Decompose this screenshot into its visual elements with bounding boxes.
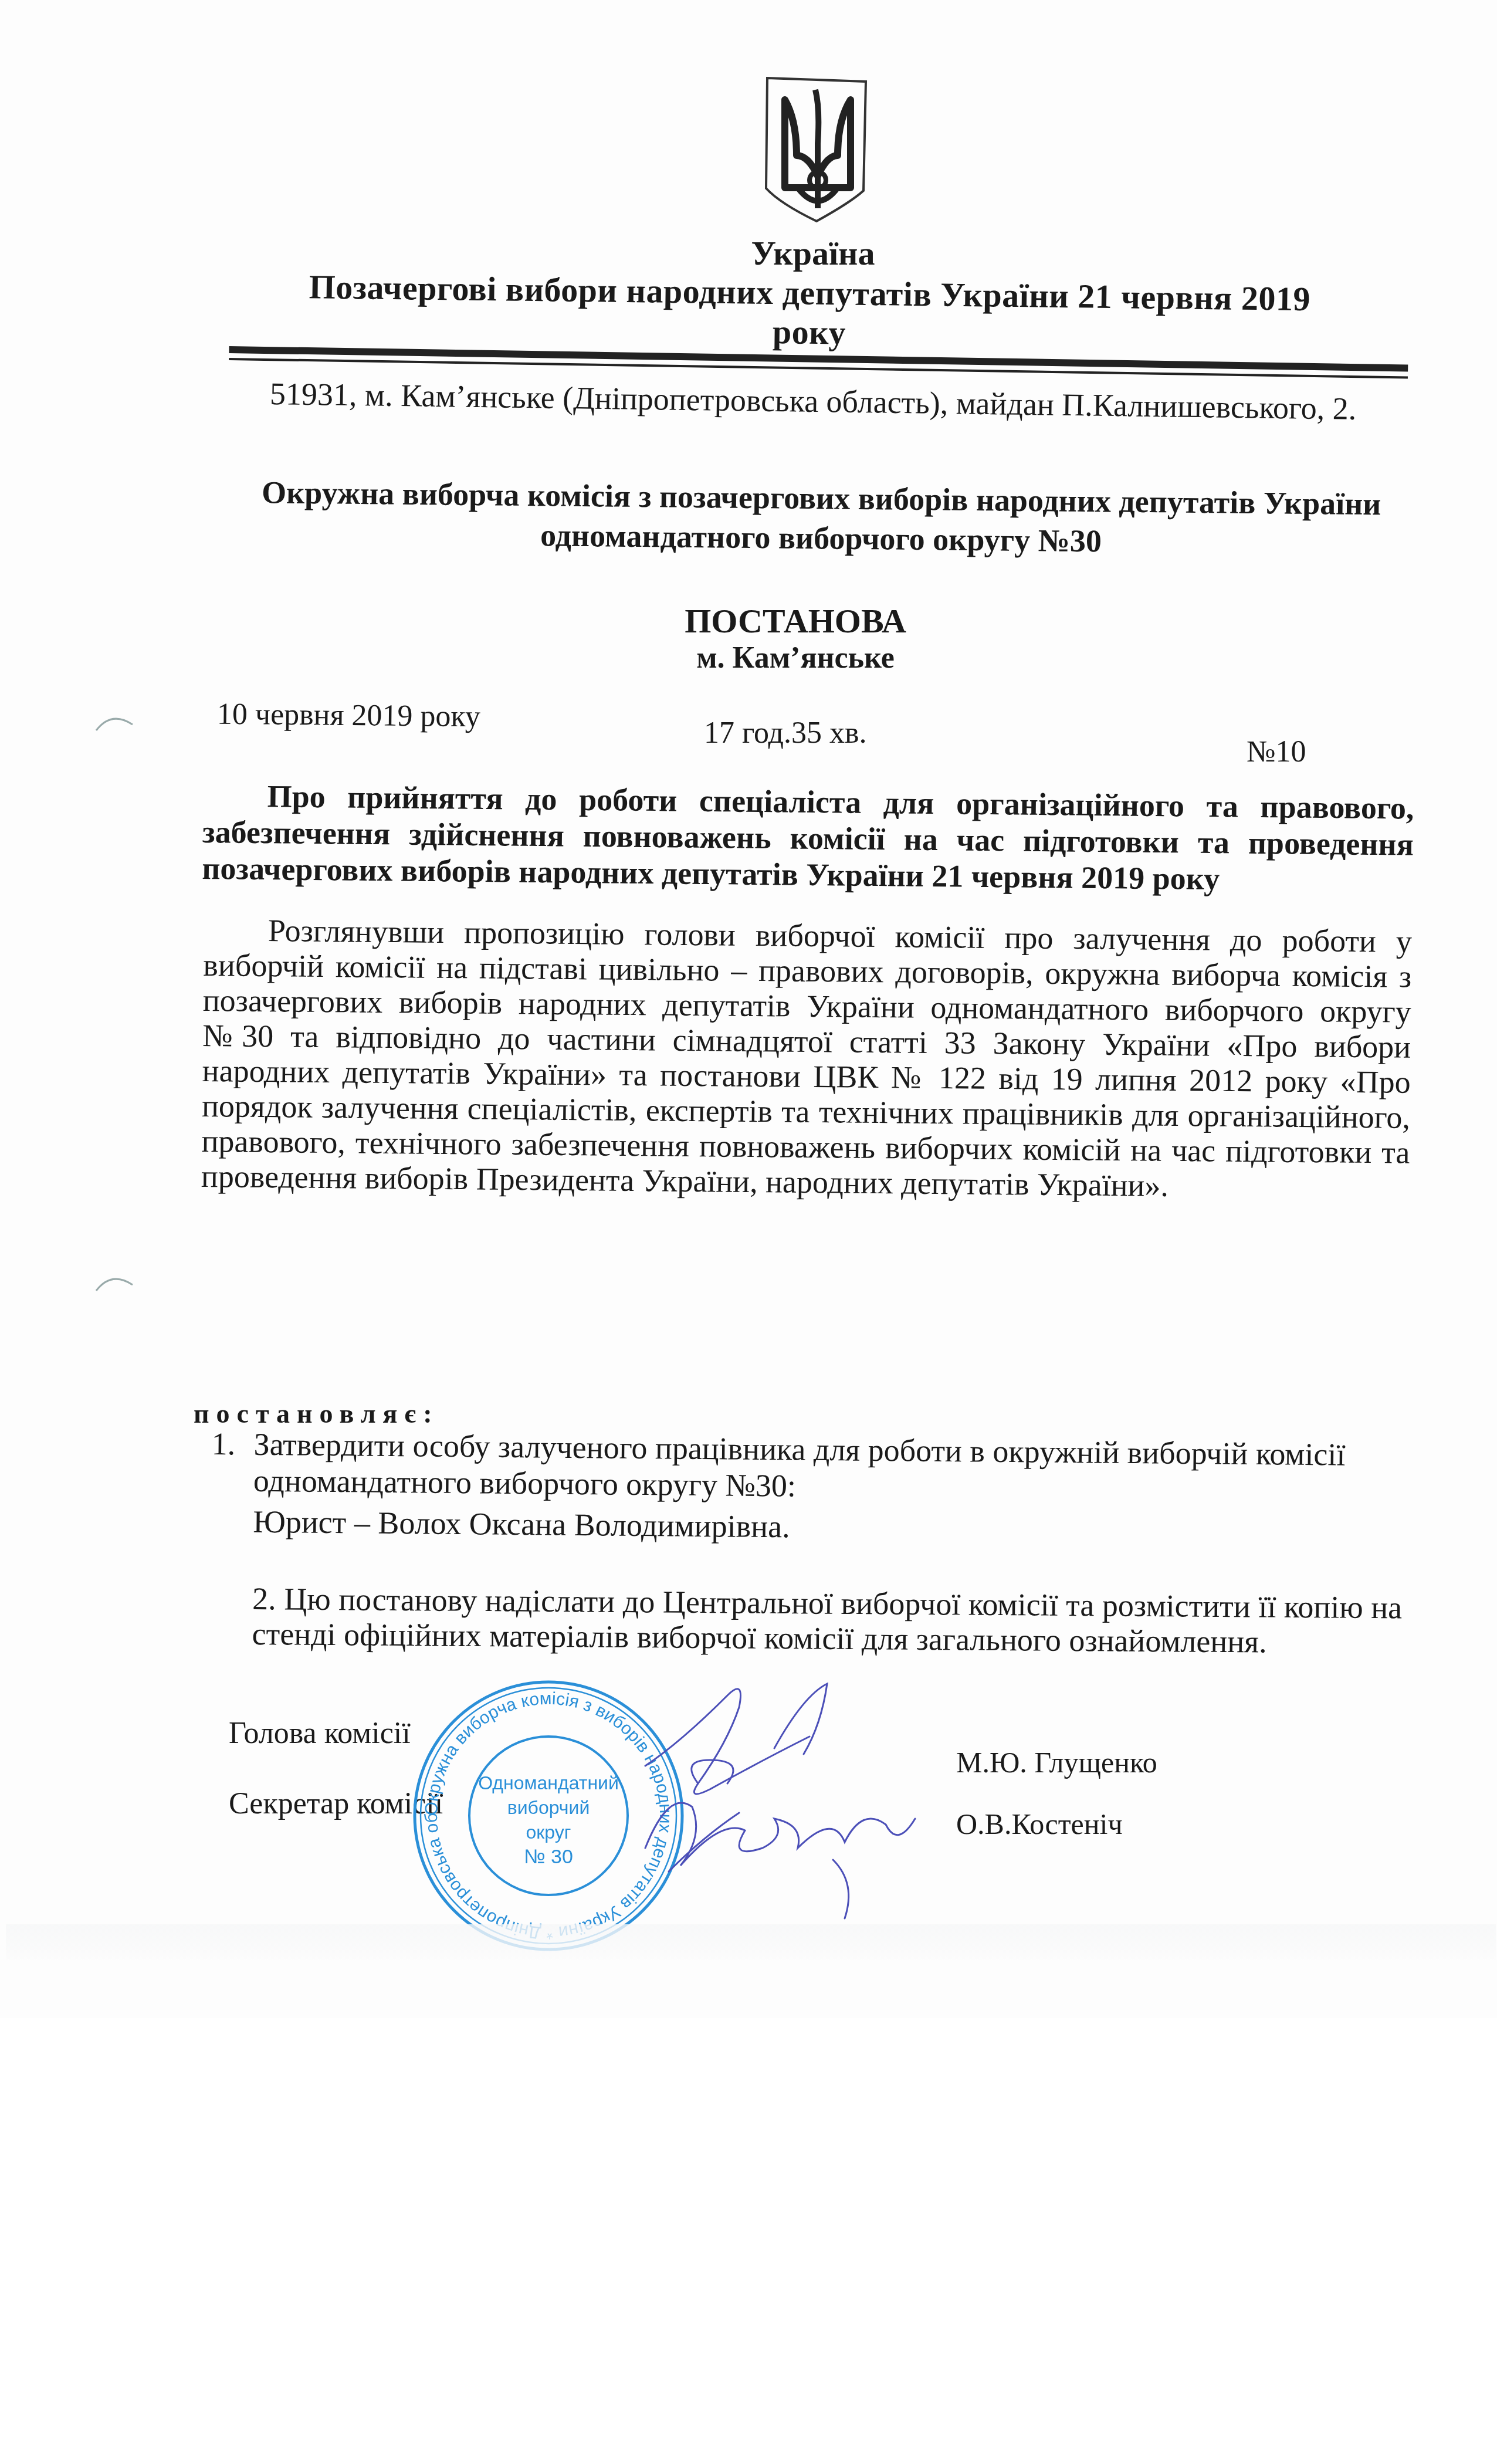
elections-title: Позачергові вибори народних депутатів Ук… xyxy=(293,267,1326,358)
commission-title: Окружна виборча комісія з позачергових в… xyxy=(246,472,1396,564)
secretary-name: О.В.Костеніч xyxy=(956,1807,1123,1841)
document-type: ПОСТАНОВА xyxy=(47,601,1497,641)
document-page: Україна Позачергові вибори народних депу… xyxy=(0,0,1497,2018)
appointed-person: Юрист – Волох Оксана Володимирівна. xyxy=(253,1504,1384,1551)
scan-edge-shadow xyxy=(6,1924,1496,1959)
resolution-heading: постановляє: xyxy=(194,1398,439,1429)
document-time: 17 год.35 хв. xyxy=(704,716,867,750)
document-subject: Про прийняття до роботи спеціаліста для … xyxy=(202,777,1414,899)
preamble-paragraph: Розглянувши пропозицію голови виборчої к… xyxy=(201,912,1413,1206)
chair-name: М.Ю. Глущенко xyxy=(956,1745,1157,1779)
resolution-item-1: 1. Затвердити особу залученого працівник… xyxy=(211,1426,1385,1551)
resolution-item-2: 2. Цю постанову надіслати до Центральної… xyxy=(252,1581,1403,1660)
resolution-item-1-number: 1. xyxy=(211,1426,235,1462)
handwritten-signatures xyxy=(610,1672,939,1930)
stamp-center-line3: округ xyxy=(526,1822,571,1843)
document-date: 10 червня 2019 року xyxy=(217,697,481,735)
document-city: м. Кам’янське xyxy=(47,641,1497,675)
document-number: №10 xyxy=(1247,735,1306,769)
stamp-center-line4: № 30 xyxy=(524,1846,573,1868)
coat-of-arms-trident-icon xyxy=(763,73,868,223)
country-title: Україна xyxy=(65,233,1497,273)
chair-label: Голова комісії xyxy=(229,1716,411,1751)
stamp-center-line1: Одномандатний xyxy=(478,1772,619,1793)
resolution-item-1-text: Затвердити особу залученого працівника д… xyxy=(253,1426,1385,1510)
stamp-center-line2: виборчий xyxy=(507,1797,590,1818)
hole-punch-mark-top xyxy=(94,713,135,736)
hole-punch-mark-bottom xyxy=(94,1273,135,1297)
document-meta: 10 червня 2019 року 17 год.35 хв. №10 xyxy=(217,698,1332,769)
